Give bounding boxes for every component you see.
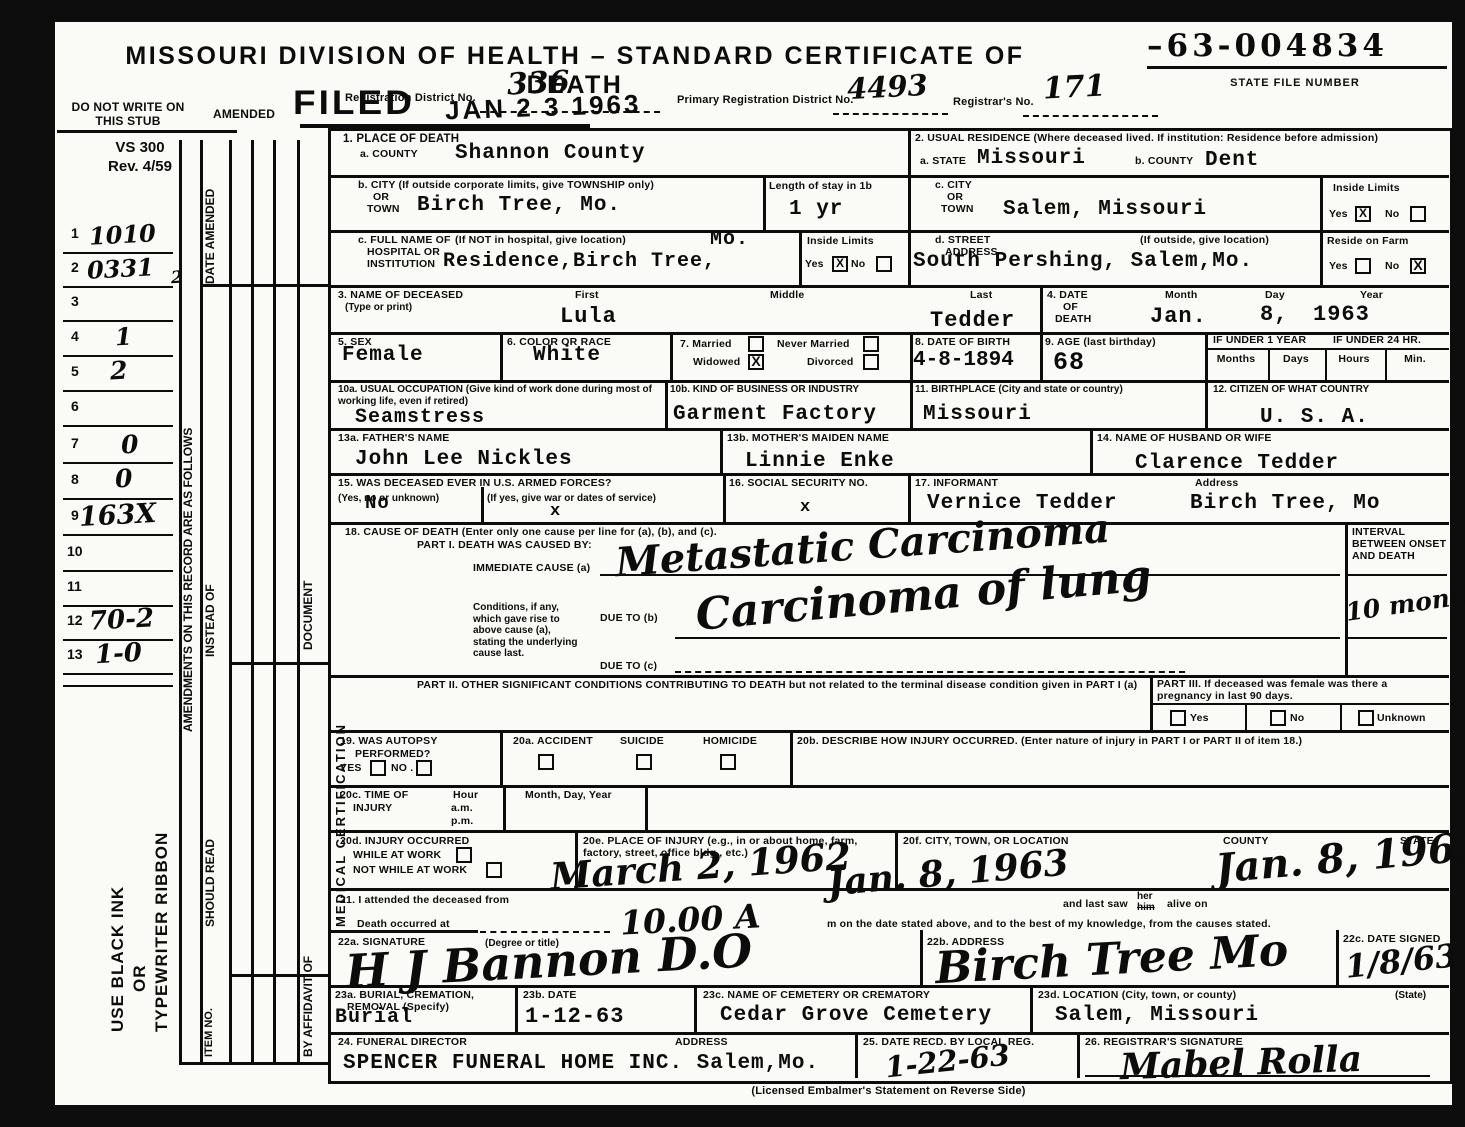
alive-on-label: alive on	[1167, 898, 1208, 910]
residence-town-label: TOWN	[941, 203, 974, 215]
item-no-label: ITEM NO.	[203, 987, 215, 1057]
hour-label: Hour	[453, 789, 478, 801]
funeral-director-address-label: ADDRESS	[675, 1036, 728, 1048]
never-married-label: Never Married	[777, 338, 850, 350]
pregnancy-no-checkbox	[1270, 710, 1286, 726]
pm-label: p.m.	[451, 815, 473, 827]
document-label: DOCUMENT	[301, 560, 315, 650]
inside-limits-2c-yes: Yes	[1329, 208, 1348, 220]
sex-value: Female	[342, 344, 424, 367]
pregnancy-yes-label: Yes	[1190, 712, 1209, 724]
cemetery-label: 23c. NAME OF CEMETERY OR CREMATORY	[703, 989, 930, 1001]
street-note: (If outside, give location)	[1140, 234, 1269, 246]
husband-wife-label: 14. NAME OF HUSBAND OR WIFE	[1097, 432, 1272, 444]
inside-limits-1c-yes-checkbox: X	[832, 256, 848, 272]
amendments-label: AMENDMENTS ON THIS RECORD ARE AS FOLLOWS	[181, 382, 195, 732]
embalmer-note: (Licensed Embalmer's Statement on Revers…	[328, 1085, 1449, 1097]
reside-on-farm-label: Reside on Farm	[1327, 235, 1409, 247]
pregnancy-unknown-checkbox	[1358, 710, 1374, 726]
residence-state-value: Missouri	[977, 147, 1086, 170]
am-label: a.m.	[451, 802, 473, 814]
stub-row-value: 0	[114, 464, 133, 494]
hospital-label-2: HOSPITAL OR	[367, 246, 440, 258]
stub-row-num: 9	[71, 507, 79, 523]
not-while-at-work-checkbox	[486, 862, 502, 878]
while-at-work-checkbox	[456, 847, 472, 863]
fathers-name-value: John Lee Nickles	[355, 448, 573, 471]
registrar-signature-value: Mabel Rolla	[1119, 1038, 1362, 1088]
inside-limits-2c-no-checkbox	[1410, 206, 1426, 222]
hospital-label-1: c. FULL NAME OF	[358, 234, 451, 246]
stub-row-num: 8	[71, 471, 79, 487]
hours-label: Hours	[1325, 353, 1383, 365]
or-label: OR	[373, 191, 389, 203]
occupation-value: Seamstress	[355, 406, 485, 429]
street-address-value: South Pershing, Salem,Mo.	[913, 250, 1253, 273]
medical-certification-label: MEDICAL CERTIFICATION	[333, 567, 348, 927]
filed-stamp-word: FILED	[293, 84, 415, 123]
birthplace-label: 11. BIRTHPLACE (City and state or countr…	[915, 384, 1123, 396]
widowed-label: Widowed	[693, 356, 740, 368]
never-married-checkbox	[863, 336, 879, 352]
ink-line1: USE BLACK INK	[108, 886, 127, 1032]
last-name-label: Last	[970, 289, 992, 301]
inside-limits-2c-no: No	[1385, 208, 1399, 220]
funeral-director-label: 24. FUNERAL DIRECTOR	[338, 1036, 467, 1048]
autopsy-no-label: NO .	[391, 762, 413, 774]
married-checkbox	[748, 336, 764, 352]
cemetery-value: Cedar Grove Cemetery	[720, 1004, 992, 1027]
informant-address-value: Birch Tree, Mo	[1190, 492, 1380, 515]
informant-address-label: Address	[1195, 477, 1238, 489]
stub-row-num: 6	[71, 398, 79, 414]
time-of-injury-label-2: INJURY	[353, 802, 392, 814]
min-label: Min.	[1385, 353, 1445, 365]
state-file-number-label: STATE FILE NUMBER	[1165, 77, 1425, 89]
length-of-stay-label: Length of stay in 1b	[769, 180, 872, 192]
burial-label-1: 23a. BURIAL, CREMATION,	[335, 989, 474, 1001]
registrar-no-value: 171	[1042, 68, 1106, 106]
if-under-1-year-label: IF UNDER 1 YEAR	[1213, 334, 1306, 346]
stub-row-num: 13	[67, 646, 83, 662]
death-month-value: Jan.	[1150, 304, 1207, 329]
hospital-note: (If NOT in hospital, give location)	[455, 234, 626, 246]
describe-injury-label: 20b. DESCRIBE HOW INJURY OCCURRED. (Ente…	[797, 735, 1442, 747]
ink-line3: TYPEWRITER RIBBON	[152, 832, 171, 1032]
age-value: 68	[1053, 348, 1085, 377]
county-label: a. COUNTY	[360, 148, 418, 160]
first-name-label: First	[575, 289, 599, 301]
birthplace-value: Missouri	[923, 403, 1032, 426]
citizen-label: 12. CITIZEN OF WHAT COUNTRY	[1213, 384, 1369, 396]
burial-date-value: 1-12-63	[525, 1004, 624, 1029]
street-label-1: d. STREET	[935, 234, 990, 246]
name-of-deceased-label: 3. NAME OF DECEASED	[338, 289, 463, 301]
burial-date-label: 23b. DATE	[523, 989, 577, 1001]
date-amended-label: DATE AMENDED	[203, 144, 217, 284]
divorced-label: Divorced	[807, 356, 854, 368]
stub-row-value: 0331	[86, 252, 154, 284]
armed-forces-label: 15. WAS DECEASED EVER IN U.S. ARMED FORC…	[338, 477, 612, 489]
city-of-death-value: Birch Tree, Mo.	[417, 194, 621, 217]
days-label: Days	[1268, 353, 1324, 365]
hospital-label-3: INSTITUTION	[367, 258, 435, 270]
ssn-label: 16. SOCIAL SECURITY NO.	[729, 477, 868, 489]
date-of-death-label-1: 4. DATE	[1047, 289, 1088, 301]
funeral-director-value: SPENCER FUNERAL HOME INC. Salem,Mo.	[343, 1052, 819, 1075]
if-under-24-hr-label: IF UNDER 24 HR.	[1333, 334, 1421, 346]
husband-wife-value: Clarence Tedder	[1135, 452, 1339, 475]
instead-of-label: INSTEAD OF	[203, 522, 217, 657]
color-race-value: White	[533, 344, 601, 367]
inside-limits-2c-yes-checkbox: X	[1355, 206, 1371, 222]
age-label: 9. AGE (last birthday)	[1045, 336, 1156, 348]
informant-label: 17. INFORMANT	[915, 477, 998, 489]
primary-reg-value: 4493	[846, 68, 928, 106]
pregnancy-no-label: No	[1290, 712, 1304, 724]
stub-row-value: 70-2	[88, 603, 155, 636]
inside-limits-1c-no-checkbox	[876, 256, 892, 272]
armed-forces-value: No	[365, 492, 390, 514]
due-to-c-label: DUE TO (c)	[600, 660, 657, 672]
autopsy-label-1: 19. WAS AUTOPSY	[340, 735, 438, 747]
burial-value: Burial	[335, 1006, 413, 1029]
stub-row-value: 1-0	[94, 638, 142, 670]
usual-residence-title: 2. USUAL RESIDENCE (Where deceased lived…	[915, 132, 1443, 144]
month-day-year-label: Month, Day, Year	[525, 789, 612, 801]
last-saw-label: and last saw	[1063, 898, 1128, 910]
date-of-death-label-3: DEATH	[1055, 313, 1091, 325]
citizen-value: U. S. A.	[1260, 406, 1369, 429]
hospital-value-wrap: Mo.	[710, 228, 749, 251]
immediate-cause-label: IMMEDIATE CAUSE (a)	[473, 562, 590, 574]
months-label: Months	[1205, 353, 1267, 365]
stub-row-value: 1	[114, 322, 132, 352]
by-affidavit-label: BY AFFIDAVIT OF	[301, 927, 315, 1057]
date-of-birth-value: 4-8-1894	[913, 349, 1014, 372]
conditions-note: Conditions, if any, which gave rise to a…	[473, 602, 585, 660]
business-label: 10b. KIND OF BUSINESS OR INDUSTRY	[670, 384, 859, 396]
place-of-death-title: 1. PLACE OF DEATH	[343, 133, 459, 145]
farm-no-checkbox: X	[1410, 258, 1426, 274]
fathers-name-label: 13a. FATHER'S NAME	[338, 432, 450, 444]
stub-row-value: 0	[120, 430, 139, 460]
inside-limits-label-2c: Inside Limits	[1333, 182, 1400, 194]
date-of-birth-label: 8. DATE OF BIRTH	[915, 336, 1010, 348]
farm-yes-checkbox	[1355, 258, 1371, 274]
time-of-injury-label-1: 20c. TIME OF	[340, 789, 408, 801]
stub-row-num: 5	[71, 363, 79, 379]
death-month-label: Month	[1165, 289, 1198, 301]
farm-yes: Yes	[1329, 260, 1348, 272]
death-year-label: Year	[1360, 289, 1383, 301]
interval-label: INTERVAL BETWEEN ONSET AND DEATH	[1352, 526, 1447, 562]
suicide-checkbox	[636, 754, 652, 770]
stub-row-num: 4	[71, 328, 79, 344]
certificate-page: MISSOURI DIVISION OF HEALTH – STANDARD C…	[55, 22, 1452, 1105]
residence-state-label: a. STATE	[920, 155, 966, 167]
occupation-label: 10a. USUAL OCCUPATION (Give kind of work…	[338, 384, 660, 407]
middle-name-label: Middle	[770, 289, 804, 301]
filed-stamp-date: JAN 2 3 1963	[445, 89, 642, 127]
business-value: Garment Factory	[673, 403, 877, 426]
length-of-stay-value: 1 yr	[789, 198, 843, 221]
injury-occurred-label: 20d. INJURY OCCURRED	[340, 835, 469, 847]
primary-reg-label: Primary Registration District No.	[677, 94, 854, 106]
residence-city-value: Salem, Missouri	[1003, 198, 1207, 221]
mothers-name-value: Linnie Enke	[745, 450, 895, 473]
residence-county-label: b. COUNTY	[1135, 155, 1193, 167]
armed-forces-note2: (If yes, give war or dates of service)	[487, 493, 656, 505]
autopsy-yes-label: YES	[340, 762, 362, 774]
ssn-value: x	[800, 498, 811, 517]
part3-label: PART III. If deceased was female was the…	[1157, 678, 1445, 702]
farm-no: No	[1385, 260, 1399, 272]
divorced-checkbox	[863, 354, 879, 370]
part1-label: PART I. DEATH WAS CAUSED BY:	[417, 539, 592, 551]
autopsy-no-checkbox	[416, 760, 432, 776]
widowed-checkbox: X	[748, 354, 764, 370]
stub-row-num: 2	[71, 259, 79, 275]
while-at-work-label: WHILE AT WORK	[353, 849, 441, 861]
stub-row-num: 7	[71, 435, 79, 451]
death-day-label: Day	[1265, 289, 1285, 301]
accident-label: 20a. ACCIDENT	[513, 735, 593, 747]
town-label: TOWN	[367, 203, 400, 215]
last-saw-her: her	[1137, 891, 1153, 903]
cemetery-location-label: 23d. LOCATION (City, town, or county)	[1038, 989, 1236, 1001]
amended-label: AMENDED	[213, 108, 275, 120]
date-of-death-label-2: OF	[1063, 301, 1078, 313]
first-name-value: Lula	[560, 304, 617, 329]
residence-city-label: c. CITY	[935, 179, 972, 191]
cemetery-location-value: Salem, Missouri	[1055, 1004, 1259, 1027]
part2-label: PART II. OTHER SIGNIFICANT CONDITIONS CO…	[417, 679, 1152, 691]
ink-line2: OR	[130, 965, 149, 1033]
death-occurred-label: Death occurred at	[357, 918, 450, 930]
homicide-checkbox	[720, 754, 736, 770]
death-year-value: 1963	[1313, 302, 1370, 327]
attended-label: 21. I attended the deceased from	[340, 894, 509, 906]
type-or-print-label: (Type or print)	[345, 302, 412, 314]
inside-limits-label-1c: Inside Limits	[807, 235, 874, 247]
married-label: 7. Married	[680, 338, 732, 350]
stub-row-value: 163X	[78, 498, 157, 533]
not-while-at-work-label: NOT WHILE AT WORK	[353, 864, 467, 876]
state-file-number: –63-004834	[1147, 28, 1447, 69]
should-read-label: SHOULD READ	[203, 792, 217, 927]
city-label: b. CITY (If outside corporate limits, gi…	[358, 179, 654, 191]
due-to-b-label: DUE TO (b)	[600, 612, 658, 624]
inside-limits-1c-yes: Yes	[805, 258, 824, 270]
registrar-no-label: Registrar's No.	[953, 96, 1034, 108]
last-saw-him: him	[1137, 902, 1155, 914]
use-black-ink-label: USE BLACK INKORTYPEWRITER RIBBON	[107, 762, 173, 1032]
suicide-label: SUICIDE	[620, 735, 664, 747]
scanned-death-certificate: MISSOURI DIVISION OF HEALTH – STANDARD C…	[0, 0, 1465, 1127]
pregnancy-unknown-label: Unknown	[1377, 712, 1426, 724]
last-name-value: Tedder	[930, 308, 1015, 333]
stub-row-num: 3	[71, 293, 79, 309]
inside-limits-1c-no: No	[851, 258, 865, 270]
autopsy-yes-checkbox	[370, 760, 386, 776]
stub-row-num: 11	[67, 578, 82, 594]
stub-row-num: 1	[71, 225, 79, 241]
hospital-value: Residence,Birch Tree,	[443, 250, 716, 273]
stub-row-value: 1010	[88, 218, 156, 250]
pregnancy-yes-checkbox	[1170, 710, 1186, 726]
residence-county-value: Dent	[1205, 149, 1259, 172]
stub-row-value: 2	[109, 356, 128, 386]
autopsy-label-2: PERFORMED?	[355, 748, 431, 760]
death-day-value: 8,	[1260, 302, 1288, 327]
mothers-name-label: 13b. MOTHER'S MAIDEN NAME	[727, 432, 889, 444]
accident-checkbox	[538, 754, 554, 770]
stub-row-num: 10	[67, 543, 83, 559]
state-note-label: (State)	[1395, 990, 1426, 1002]
stub-row-num: 12	[67, 612, 83, 628]
do-not-write-label: DO NOT WRITE ON THIS STUB	[63, 100, 193, 128]
county-of-death-value: Shannon County	[455, 142, 645, 165]
residence-or-label: OR	[947, 191, 963, 203]
homicide-label: HOMICIDE	[703, 735, 757, 747]
armed-forces-service-value: x	[550, 502, 561, 521]
